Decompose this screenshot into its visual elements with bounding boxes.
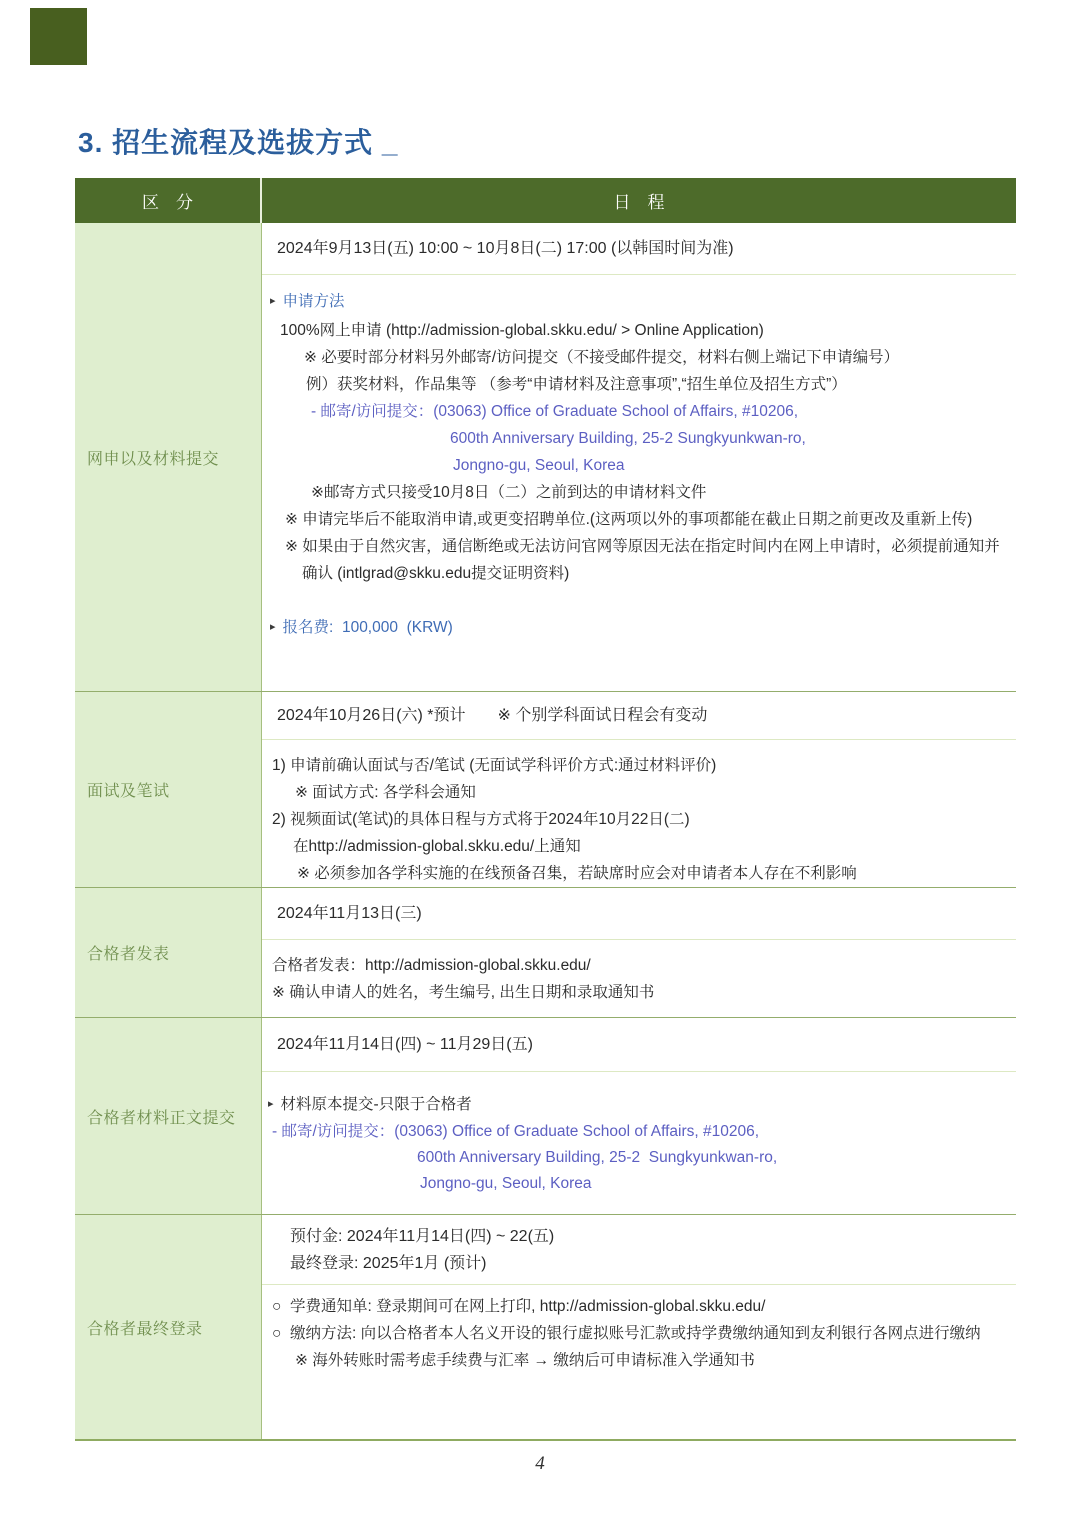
application-fee-line: ▸报名费: 100,000 (KRW) xyxy=(262,614,1002,643)
detail-line: 合格者发表：http://admission-global.skku.edu/ xyxy=(262,952,1002,979)
row-label: 合格者最终登录 xyxy=(75,1316,203,1339)
document-page: 3. 招生流程及选拔方式 _ 区 分 日 程 网申以及材料提交 2024年9月1… xyxy=(0,0,1080,1527)
detail-line: ○ 缴纳方法: 向以合格者本人名义开设的银行虚拟账号汇款或持学费缴纳通知到友利银… xyxy=(262,1320,1002,1347)
row-schedule-cell: 预付金: 2024年11月14日(四) ~ 22(五) 最终登录: 2025年1… xyxy=(262,1215,1016,1439)
row-label: 合格者材料正文提交 xyxy=(75,1105,236,1128)
detail-line: ○ 学费通知单: 登录期间可在网上打印, http://admission-gl… xyxy=(262,1293,1002,1320)
row-label-cell: 网申以及材料提交 xyxy=(75,223,262,691)
date-section: 2024年11月14日(四) ~ 11月29日(五) xyxy=(262,1018,1016,1072)
note-line: ※ 如果由于自然灾害，通信断绝或无法访问官网等原因无法在指定时间内在网上申请时，… xyxy=(262,533,1002,587)
date-section: 2024年10月26日(六) *预计 ※ 个别学科面试日程会有变动 xyxy=(262,692,1016,740)
page-title: 3. 招生流程及选拔方式 _ xyxy=(78,121,398,161)
date-text: 2024年11月13日(三) xyxy=(262,900,1016,927)
row-label: 合格者发表 xyxy=(75,941,170,964)
triangle-bullet-icon: ▸ xyxy=(268,1098,274,1110)
address-line: 600th Anniversary Building, 25-2 Sungkyu… xyxy=(262,425,1002,452)
mail-deadline-note: ※邮寄方式只接受10月8日（二）之前到达的申请材料文件 xyxy=(262,479,1002,506)
date-text: 预付金: 2024年11月14日(四) ~ 22(五) xyxy=(262,1223,1016,1250)
row-label-cell: 合格者材料正文提交 xyxy=(75,1018,262,1214)
detail-line: ※ 海外转账时需考虑手续费与汇率 → 缴纳后可申请标准入学通知书 xyxy=(262,1347,1002,1374)
table-row-announcement: 合格者发表 2024年11月13日(三) 合格者发表：http://admiss… xyxy=(75,888,1016,1018)
row-label: 面试及笔试 xyxy=(75,778,170,801)
detail-line: 在http://admission-global.skku.edu/上通知 xyxy=(262,833,1002,860)
detail-line: ※ 面试方式: 各学科会通知 xyxy=(262,779,1002,806)
date-text: 2024年10月26日(六) *预计 ※ 个别学科面试日程会有变动 xyxy=(262,702,1016,729)
detail-line: 2) 视频面试(笔试)的具体日程与方式将于2024年10月22日(二) xyxy=(262,806,1002,833)
detail-section: ▸申请方法 100%网上申请 (http://admission-global.… xyxy=(262,275,1016,691)
triangle-bullet-icon: ▸ xyxy=(270,295,276,307)
note-line: ※ 申请完毕后不能取消申请,或更变招聘单位.(这两项以外的事项都能在截止日期之前… xyxy=(262,506,1002,533)
date-section: 预付金: 2024年11月14日(四) ~ 22(五) 最终登录: 2025年1… xyxy=(262,1215,1016,1285)
detail-section: 1) 申请前确认面试与否/笔试 (无面试学科评价方式:通过材料评价) ※ 面试方… xyxy=(262,740,1016,887)
triangle-bullet-icon: ▸ xyxy=(270,621,276,633)
original-submission-text: 材料原本提交-只限于合格者 xyxy=(281,1096,472,1113)
online-application-line: 100%网上申请 (http://admission-global.skku.e… xyxy=(262,317,1002,344)
table-row-final-registration: 合格者最终登录 预付金: 2024年11月14日(四) ~ 22(五) 最终登录… xyxy=(75,1215,1016,1441)
row-schedule-cell: 2024年9月13日(五) 10:00 ~ 10月8日(二) 17:00 (以韩… xyxy=(262,223,1016,691)
mail-submit-line: - 邮寄/访问提交：(03063) Office of Graduate Sch… xyxy=(262,398,1002,425)
row-schedule-cell: 2024年11月13日(三) 合格者发表：http://admission-gl… xyxy=(262,888,1016,1017)
table-row-online-application: 网申以及材料提交 2024年9月13日(五) 10:00 ~ 10月8日(二) … xyxy=(75,223,1016,692)
apply-method-label: 申请方法 xyxy=(283,293,345,310)
detail-line: 1) 申请前确认面试与否/笔试 (无面试学科评价方式:通过材料评价) xyxy=(262,752,1002,779)
note-line: 例）获奖材料，作品集等 （参考“申请材料及注意事项”,“招生单位及招生方式”） xyxy=(262,371,1002,398)
date-text: 最终登录: 2025年1月 (预计) xyxy=(262,1250,1016,1277)
mail-submit-line: - 邮寄/访问提交：(03063) Office of Graduate Sch… xyxy=(262,1119,1002,1145)
application-fee-text: 报名费: 100,000 (KRW) xyxy=(283,619,453,636)
row-schedule-cell: 2024年10月26日(六) *预计 ※ 个别学科面试日程会有变动 1) 申请前… xyxy=(262,692,1016,887)
date-section: 2024年11月13日(三) xyxy=(262,888,1016,940)
page-number: 4 xyxy=(0,1453,1080,1475)
date-section: 2024年9月13日(五) 10:00 ~ 10月8日(二) 17:00 (以韩… xyxy=(262,223,1016,275)
date-text: 2024年9月13日(五) 10:00 ~ 10月8日(二) 17:00 (以韩… xyxy=(262,235,1016,262)
detail-section: ▸材料原本提交-只限于合格者 - 邮寄/访问提交：(03063) Office … xyxy=(262,1072,1016,1214)
table-row-interview: 面试及笔试 2024年10月26日(六) *预计 ※ 个别学科面试日程会有变动 … xyxy=(75,692,1016,888)
column-header-category: 区 分 xyxy=(75,178,262,223)
row-label-cell: 面试及笔试 xyxy=(75,692,262,887)
detail-line: ※ 确认申请人的姓名，考生编号, 出生日期和录取通知书 xyxy=(262,979,1002,1006)
detail-section: ○ 学费通知单: 登录期间可在网上打印, http://admission-gl… xyxy=(262,1285,1016,1439)
corner-logo-square xyxy=(30,8,87,65)
row-label: 网申以及材料提交 xyxy=(75,446,219,469)
address-line: 600th Anniversary Building, 25-2 Sungkyu… xyxy=(262,1145,1002,1171)
row-schedule-cell: 2024年11月14日(四) ~ 11月29日(五) ▸材料原本提交-只限于合格… xyxy=(262,1018,1016,1214)
address-line: Jongno-gu, Seoul, Korea xyxy=(262,452,1002,479)
detail-section: 合格者发表：http://admission-global.skku.edu/ … xyxy=(262,940,1016,1017)
table-header-row: 区 分 日 程 xyxy=(75,178,1016,223)
note-line: ※ 必要时部分材料另外邮寄/访问提交（不接受邮件提交，材料右侧上端记下申请编号） xyxy=(262,344,1002,371)
address-line: Jongno-gu, Seoul, Korea xyxy=(262,1171,1002,1197)
original-submission-heading: ▸材料原本提交-只限于合格者 xyxy=(262,1092,1002,1119)
table-row-document-submission: 合格者材料正文提交 2024年11月14日(四) ~ 11月29日(五) ▸材料… xyxy=(75,1018,1016,1215)
row-label-cell: 合格者发表 xyxy=(75,888,262,1017)
apply-method-heading: ▸申请方法 xyxy=(262,288,1002,317)
date-text: 2024年11月14日(四) ~ 11月29日(五) xyxy=(262,1031,1016,1058)
column-header-schedule: 日 程 xyxy=(262,178,1016,223)
row-label-cell: 合格者最终登录 xyxy=(75,1215,262,1439)
detail-line: ※ 必须参加各学科实施的在线预备召集，若缺席时应会对申请者本人存在不利影响 xyxy=(262,860,1002,887)
admission-schedule-table: 区 分 日 程 网申以及材料提交 2024年9月13日(五) 10:00 ~ 1… xyxy=(75,178,1016,1441)
